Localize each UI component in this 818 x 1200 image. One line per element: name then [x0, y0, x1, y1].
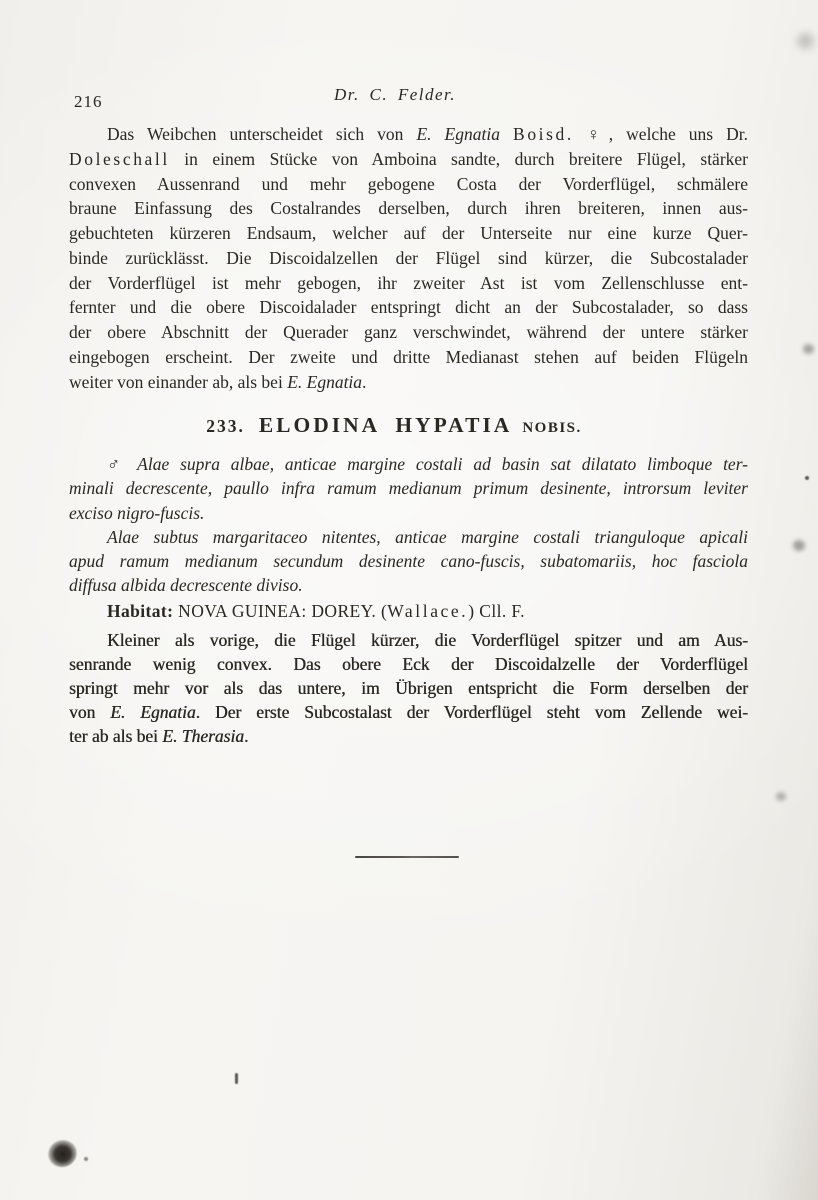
text-line: apud ramum medianum secundum desinente c…: [69, 550, 748, 574]
text-line: ♂ Alae supra albae, anticae margine cost…: [69, 452, 748, 476]
text-line: minali decrescente, paullo infra ramum m…: [69, 476, 748, 500]
section-divider-rule: [355, 856, 459, 858]
paper-speck: [776, 792, 786, 801]
text-line: springt mehr vor als das untere, im Übri…: [69, 677, 748, 701]
text-line: exciso nigro-fuscis.: [69, 501, 748, 525]
text-line: von E. Egnatia. Der erste Subcostalast d…: [69, 701, 748, 725]
intro-paragraph: Das Weibchen unterscheidet sich von E. E…: [69, 122, 748, 394]
text-line: gebuchteten kürzeren Endsaum, welcher au…: [69, 221, 748, 246]
species-heading: 233.ELODINA HYPATIANOBIS.: [0, 413, 788, 438]
book-page: 216 Dr. C. Felder. Das Weibchen untersch…: [0, 0, 818, 1200]
habitat-line: Habitat: NOVA GUINEA: DOREY. (Wallace.) …: [69, 599, 748, 623]
text-line: der obere Abschnitt der Querader ganz ve…: [69, 320, 748, 345]
paper-speck: [793, 540, 805, 551]
text-line: senrande wenig convex. Das obere Eck der…: [69, 653, 748, 677]
text-line: ter ab als bei E. Therasia.: [69, 725, 748, 749]
text-line: Kleiner als vorige, die Flügel kürzer, d…: [69, 629, 748, 653]
species-authority: NOBIS.: [522, 420, 581, 436]
scan-smudge: [797, 33, 814, 49]
text-line: convexen Aussenrand und mehr gebogene Co…: [69, 172, 748, 197]
stray-mark: [235, 1073, 238, 1084]
ink-speck: [84, 1157, 88, 1161]
text-line: Doleschall in einem Stücke von Amboina s…: [69, 147, 748, 172]
text-line: braune Einfassung des Costalrandes derse…: [69, 196, 748, 221]
text-line: Das Weibchen unterscheidet sich von E. E…: [69, 122, 748, 147]
species-name: ELODINA HYPATIA: [259, 413, 513, 437]
paper-speck: [803, 344, 814, 354]
diagnosis-underside-paragraph: Alae subtus margaritaceo nitentes, antic…: [69, 526, 748, 597]
text-line: der Vorderflügel ist mehr gebogen, ihr z…: [69, 271, 748, 296]
species-number: 233.: [206, 416, 245, 436]
diagnosis-upperside-paragraph: ♂ Alae supra albae, anticae margine cost…: [69, 452, 748, 525]
remarks-paragraph: Kleiner als vorige, die Flügel kürzer, d…: [69, 629, 748, 748]
running-head: Dr. C. Felder.: [0, 85, 790, 105]
paper-speck: [805, 476, 809, 480]
text-line: weiter von einander ab, als bei E. Egnat…: [69, 370, 748, 395]
text-line: Habitat: NOVA GUINEA: DOREY. (Wallace.) …: [69, 599, 748, 623]
text-line: eingebogen erscheint. Der zweite und dri…: [69, 345, 748, 370]
ink-blot: [45, 1136, 81, 1171]
text-line: diffusa albida decrescente diviso.: [69, 574, 748, 598]
text-line: Alae subtus margaritaceo nitentes, antic…: [69, 526, 748, 550]
text-line: fernter und die obere Discoidalader ents…: [69, 295, 748, 320]
text-line: binde zurücklässt. Die Discoidalzellen d…: [69, 246, 748, 271]
